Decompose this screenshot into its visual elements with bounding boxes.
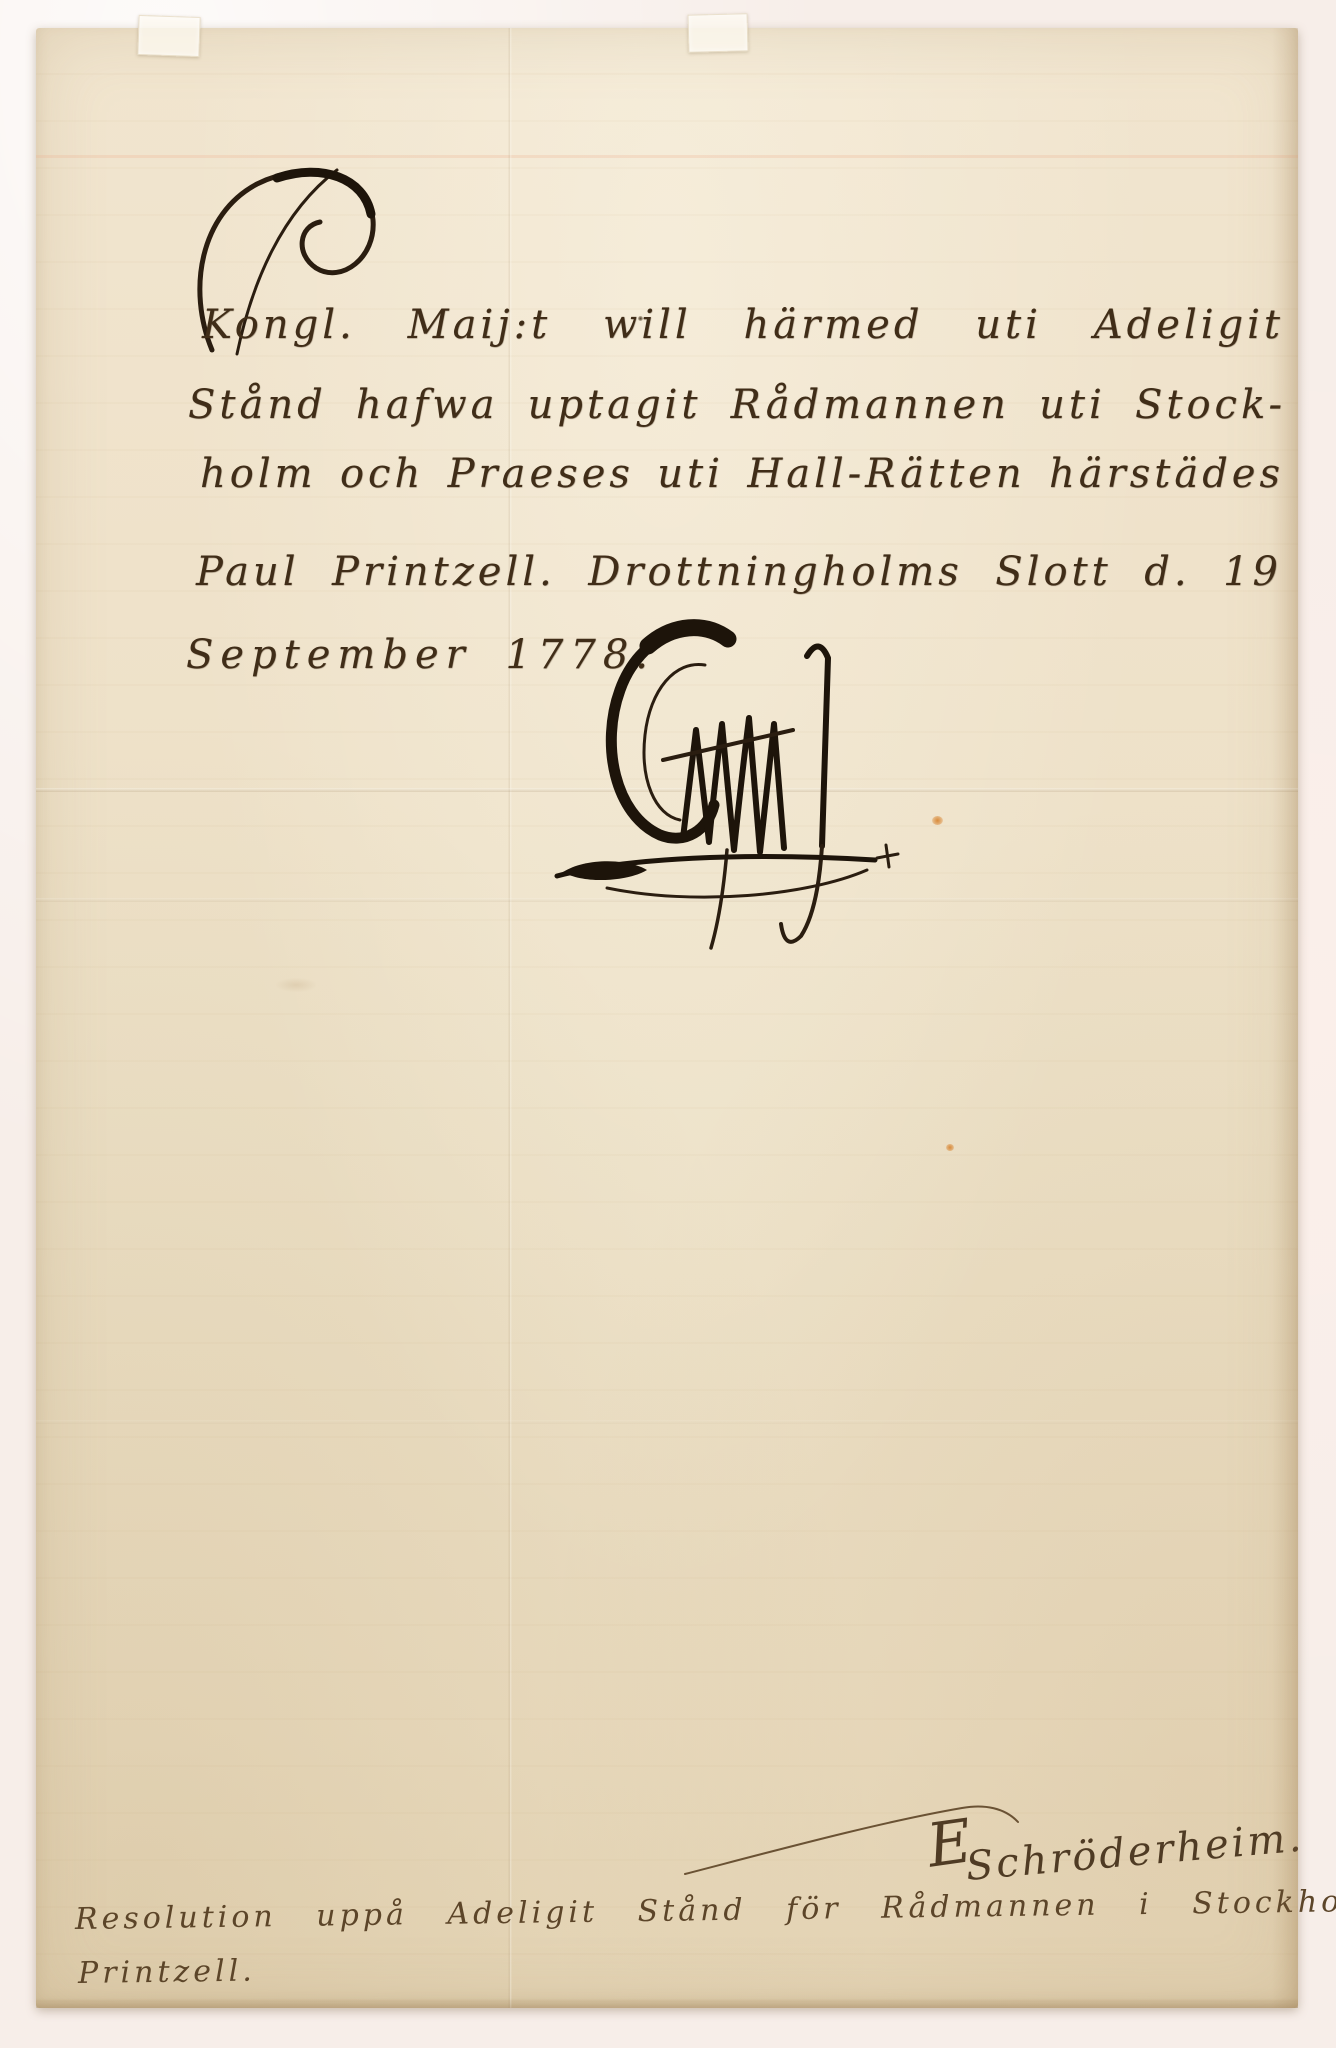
document-paper: P Kongl. Maij:t will härmed uti Adeligit… (36, 28, 1298, 2008)
royal-signature-graphic (545, 618, 905, 963)
horizontal-crease-line-lower (36, 1420, 1298, 1424)
paper-right-edge-shade (1272, 28, 1298, 2008)
letter-line-2: Stånd hafwa uptagit Rådmannen uti Stock- (188, 383, 1286, 427)
letter-line-3: holm och Praeses uti Hall-Rätten härstäd… (200, 452, 1284, 496)
top-crease-line (36, 155, 1298, 158)
tape-strip-right (688, 13, 749, 53)
docket-line-1: Resolution uppå Adeligit Stånd för Rådma… (75, 1884, 1336, 1937)
rust-stain (932, 816, 943, 825)
paper-smudge (276, 978, 316, 992)
rust-stain-small (946, 1144, 954, 1151)
tape-strip-left (137, 15, 200, 57)
paper-bottom-edge-shade (36, 1998, 1298, 2008)
royal-signature-gustaf: Gustaf (545, 618, 905, 963)
letter-line-4: Paul Printzell. Drottningholms Slott d. … (196, 550, 1282, 594)
docket-line-2: Printzell. (78, 1954, 256, 1991)
scanned-document-scene: P Kongl. Maij:t will härmed uti Adeligit… (0, 0, 1336, 2048)
letter-line-1: Kongl. Maij:t will härmed uti Adeligit (202, 303, 1284, 347)
